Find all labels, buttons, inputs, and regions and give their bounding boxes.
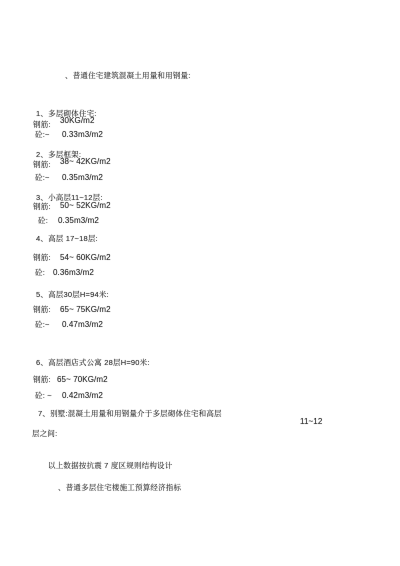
concrete-value: 0.47m3/m2 [62, 320, 103, 329]
rebar-value: 38~ 42KG/m2 [60, 157, 111, 166]
section-title: 5、高层30层H=94米: [36, 290, 109, 299]
concrete-label: 砼:~ [35, 320, 50, 329]
concrete-label: 砼:~ [35, 173, 50, 182]
concrete-value: 0.33m3/m2 [62, 130, 103, 139]
rebar-label: 钢筋: [33, 305, 51, 314]
rebar-value: 50~ 52KG/m2 [60, 201, 111, 210]
rebar-value: 30KG/m2 [60, 116, 95, 125]
rebar-label: 钢筋: [33, 160, 51, 169]
concrete-value: 0.42m3/m2 [62, 391, 103, 400]
next-section-heading: 、普通多层住宅楼施工预算经济指标 [58, 483, 181, 492]
concrete-label: 砼:~ [35, 130, 50, 139]
item7-line1: 7、别墅:混凝土用量和用钢量介于多层砌体住宅和高层 [38, 409, 222, 418]
item7-line2: 层之间: [32, 429, 57, 438]
concrete-label: 砼: [38, 216, 48, 225]
concrete-value: 0.35m3/m2 [58, 216, 99, 225]
rebar-label: 钢筋: [33, 375, 51, 384]
document-page: 、普通住宅建筑混凝土用量和用钢量: 1、多层砌体住宅: 钢筋: 30KG/m2 … [0, 0, 400, 566]
rebar-label: 钢筋: [33, 120, 51, 129]
concrete-label: 砼: ~ [35, 391, 52, 400]
rebar-label: 钢筋: [33, 253, 51, 262]
document-heading: 、普通住宅建筑混凝土用量和用钢量: [65, 71, 190, 80]
section-title: 6、高层酒店式公寓 28层H=90米: [36, 358, 150, 367]
rebar-value: 65~ 70KG/m2 [57, 375, 108, 384]
rebar-label: 钢筋: [33, 202, 51, 211]
rebar-value: 54~ 60KG/m2 [60, 253, 111, 262]
item7-inserted-value: 11~12 [300, 417, 322, 426]
section-title: 4、高层 17~18层: [36, 234, 98, 243]
seismic-design-note: 以上数据按抗震 7 度区规则结构设计 [48, 461, 172, 470]
concrete-value: 0.36m3/m2 [53, 268, 94, 277]
concrete-label: 砼: [35, 268, 45, 277]
concrete-value: 0.35m3/m2 [62, 173, 103, 182]
rebar-value: 65~ 75KG/m2 [60, 305, 111, 314]
